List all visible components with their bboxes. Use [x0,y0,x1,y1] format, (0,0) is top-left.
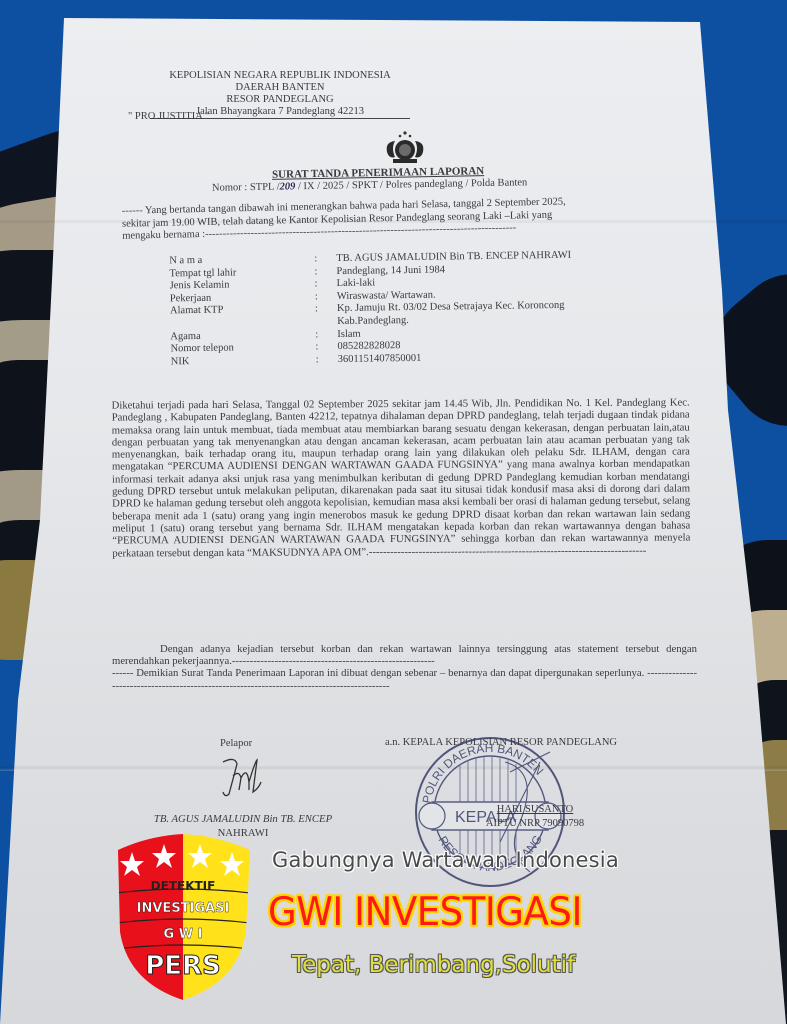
identity-label: NIK [171,354,316,369]
svg-text:DETEKTIF: DETEKTIF [151,879,216,893]
incident-paragraph: Diketahui terjadi pada hari Selasa, Tang… [112,396,691,559]
officer-block: HARI SUSANTO AIPTU NRP 79090798 [455,803,615,831]
closing-statements: Dengan adanya kejadian tersebut korban d… [112,643,697,692]
police-emblem-icon [381,130,429,166]
pro-justitia: " PRO JUSTITIA " [128,111,209,123]
gwi-tagline: Gabungnya Wartawan Indonesia [272,848,619,872]
reporter-label: Pelapor [220,738,252,750]
document-number: Nomor : STPL /209 / IX / 2025 / SPKT / P… [212,177,527,195]
number-prefix: Nomor : STPL / [212,182,280,194]
closing-paragraph: Dengan adanya kejadian tersebut korban d… [112,643,697,667]
incident-description: Diketahui terjadi pada hari Selasa, Tang… [112,396,691,559]
intro-paragraph: ------ Yang bertanda tangan dibawah ini … [122,194,668,243]
gwi-shield-logo: DETEKTIF INVESTIGASI G W I PERS [108,832,258,1002]
svg-text:G W I: G W I [164,927,203,942]
reporter-signature [215,752,265,802]
officer-name: HARI SUSANTO [455,803,615,817]
letterhead-line1: KEPOLISIAN NEGARA REPUBLIK INDONESIA [150,70,410,82]
svg-text:INVESTIGASI: INVESTIGASI [137,901,230,916]
gwi-motto: Tepat, Berimbang,Solutif [292,952,575,978]
officer-rank: AIPTU NRP 79090798 [455,817,615,831]
number-handwritten: 209 [279,181,295,192]
gwi-brand-title: GWI INVESTIGASI [268,890,582,935]
svg-text:PERS: PERS [145,951,221,981]
identity-table: N a m a:TB. AGUS JAMALUDIN Bin TB. ENCEP… [169,249,651,369]
closing-paragraph: ------ Demikian Surat Tanda Penerimaan L… [112,667,697,691]
letterhead-line2: DAERAH BANTEN [150,82,410,94]
letterhead-line3: RESOR PANDEGLANG [150,94,410,106]
